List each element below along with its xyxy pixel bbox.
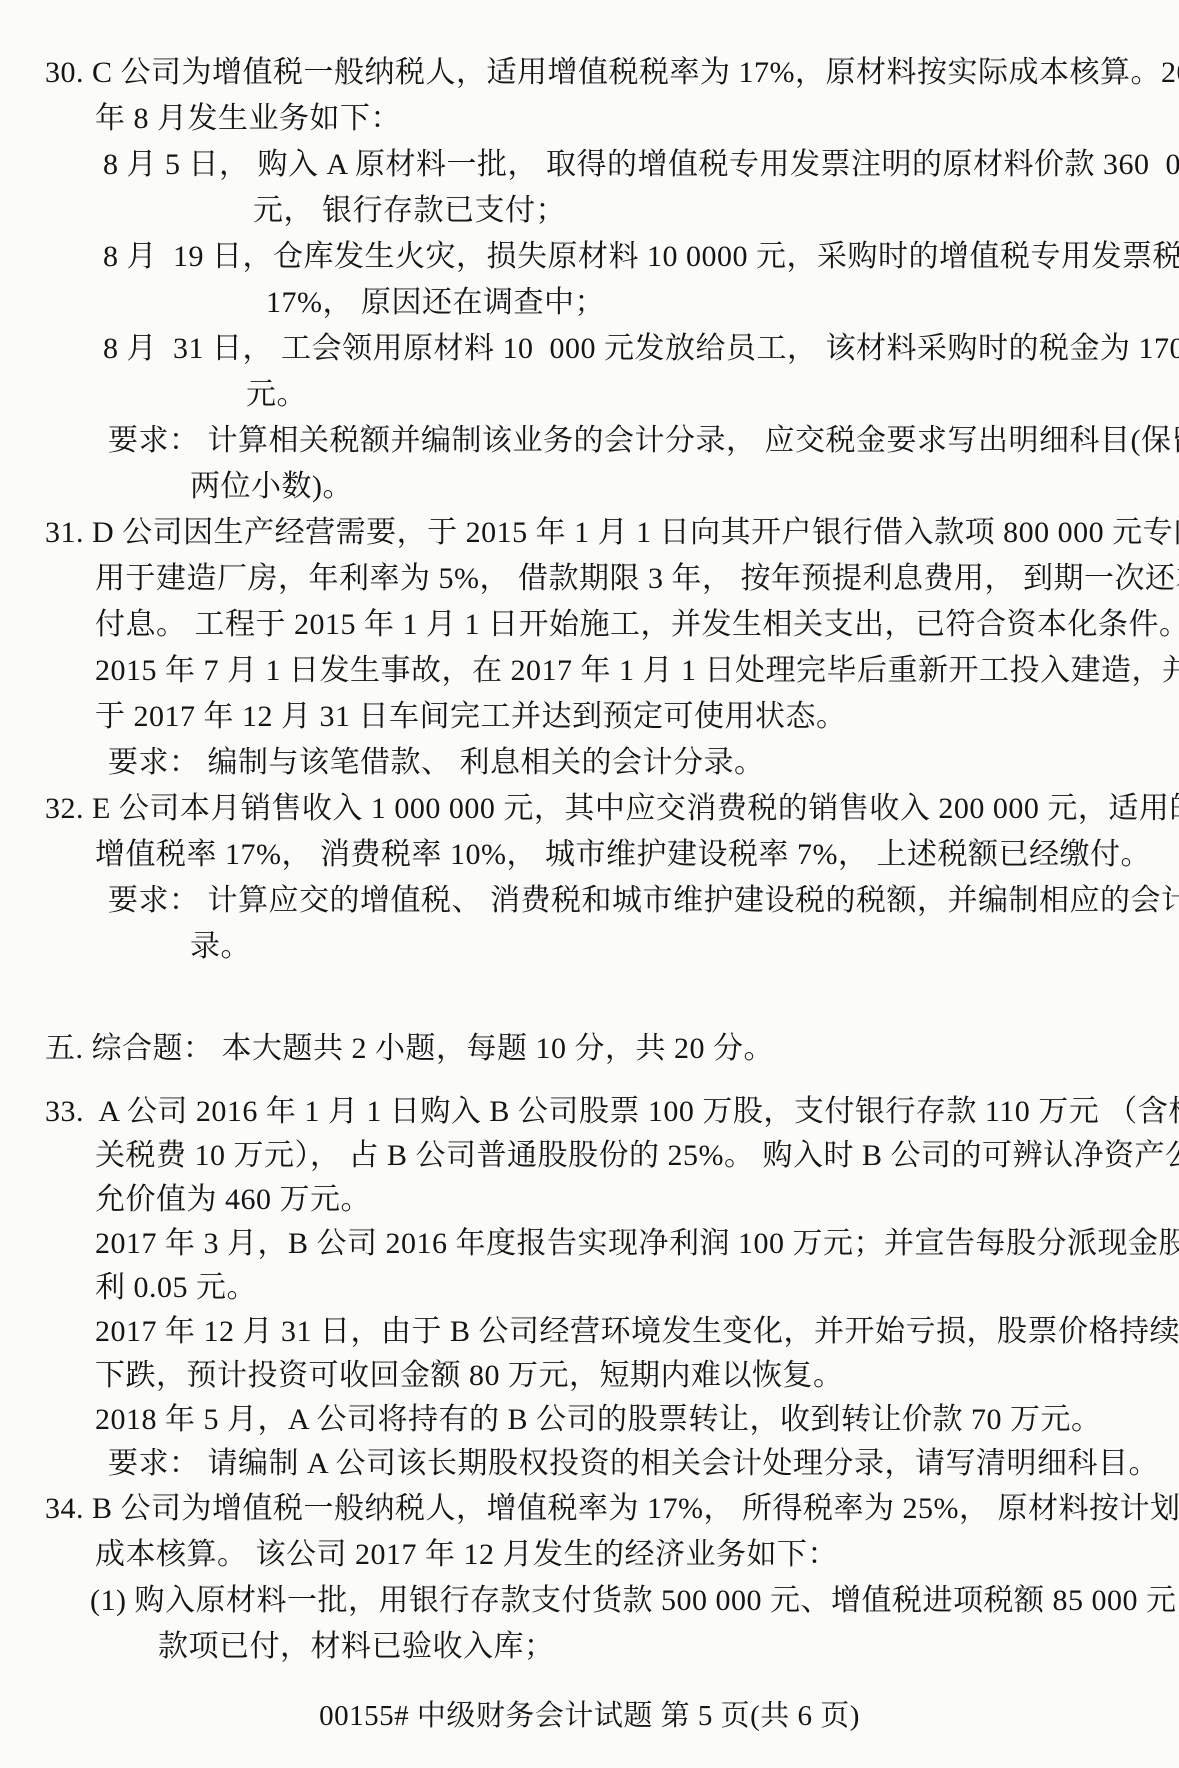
question-line: 于 2017 年 12 月 31 日车间完工并达到预定可使用状态。 xyxy=(0,694,1179,740)
question-line: 下跌，预计投资可收回金额 80 万元，短期内难以恢复。 xyxy=(0,1354,1179,1398)
question-line: 允价值为 460 万元。 xyxy=(0,1178,1179,1222)
question-requirement-line: 要求： 编制与该笔借款、 利息相关的会计分录。 xyxy=(0,740,1179,786)
question-line: 8 月 19 日，仓库发生火灾，损失原材料 10 0000 元，采购时的增值税专… xyxy=(0,234,1179,280)
question-line: 2018 年 5 月，A 公司将持有的 B 公司的股票转让，收到转让价款 70 … xyxy=(0,1398,1179,1442)
question-31: 31. D 公司因生产经营需要，于 2015 年 1 月 1 日向其开户银行借入… xyxy=(0,510,1179,786)
question-32: 32. E 公司本月销售收入 1 000 000 元，其中应交消费税的销售收入 … xyxy=(0,786,1179,970)
question-line: 17%， 原因还在调查中； xyxy=(0,280,1179,326)
question-30: 30. C 公司为增值税一般纳税人，适用增值税税率为 17%，原材料按实际成本核… xyxy=(0,50,1179,510)
question-subitem-line: (1) 购入原材料一批，用银行存款支付货款 500 000 元、增值税进项税额 … xyxy=(0,1578,1179,1624)
question-line: 2017 年 12 月 31 日，由于 B 公司经营环境发生变化，并开始亏损，股… xyxy=(0,1310,1179,1354)
question-subitem-line: 款项已付，材料已验收入库； xyxy=(0,1624,1179,1670)
question-line: 利 0.05 元。 xyxy=(0,1266,1179,1310)
question-line: 增值税率 17%， 消费税率 10%， 城市维护建设税率 7%， 上述税额已经缴… xyxy=(0,832,1179,878)
question-line: 32. E 公司本月销售收入 1 000 000 元，其中应交消费税的销售收入 … xyxy=(0,786,1179,832)
question-line: 31. D 公司因生产经营需要，于 2015 年 1 月 1 日向其开户银行借入… xyxy=(0,510,1179,556)
question-34: 34. B 公司为增值税一般纳税人，增值税率为 17%， 所得税率为 25%， … xyxy=(0,1486,1179,1670)
section-5-heading: 五. 综合题： 本大题共 2 小题，每题 10 分，共 20 分。 xyxy=(0,1026,1179,1072)
question-line: 8 月 31 日， 工会领用原材料 10 000 元发放给员工， 该材料采购时的… xyxy=(0,326,1179,372)
page-footer: 00155# 中级财务会计试题 第 5 页(共 6 页) xyxy=(0,1696,1179,1736)
question-line: 付息。 工程于 2015 年 1 月 1 日开始施工，并发生相关支出，已符合资本… xyxy=(0,602,1179,648)
question-line: 年 8 月发生业务如下： xyxy=(0,96,1179,142)
question-line: 34. B 公司为增值税一般纳税人，增值税率为 17%， 所得税率为 25%， … xyxy=(0,1486,1179,1532)
question-line: 33. A 公司 2016 年 1 月 1 日购入 B 公司股票 100 万股，… xyxy=(0,1090,1179,1134)
question-requirement-line: 要求： 计算应交的增值税、 消费税和城市维护建设税的税额，并编制相应的会计分 xyxy=(0,878,1179,924)
question-line: 关税费 10 万元）， 占 B 公司普通股股份的 25%。 购入时 B 公司的可… xyxy=(0,1134,1179,1178)
question-requirement-line: 两位小数)。 xyxy=(0,464,1179,510)
question-requirement-line: 要求： 计算相关税额并编制该业务的会计分录， 应交税金要求写出明细科目(保留 xyxy=(0,418,1179,464)
question-line: 元， 银行存款已支付； xyxy=(0,188,1179,234)
question-line: 8 月 5 日， 购入 A 原材料一批， 取得的增值税专用发票注明的原材料价款 … xyxy=(0,142,1179,188)
question-requirement-line: 录。 xyxy=(0,924,1179,970)
question-line: 30. C 公司为增值税一般纳税人，适用增值税税率为 17%，原材料按实际成本核… xyxy=(0,50,1179,96)
question-line: 用于建造厂房，年利率为 5%， 借款期限 3 年， 按年预提利息费用， 到期一次… xyxy=(0,556,1179,602)
question-33: 33. A 公司 2016 年 1 月 1 日购入 B 公司股票 100 万股，… xyxy=(0,1090,1179,1486)
question-line: 2017 年 3 月，B 公司 2016 年度报告实现净利润 100 万元；并宣… xyxy=(0,1222,1179,1266)
question-line: 元。 xyxy=(0,372,1179,418)
exam-paper-page: 30. C 公司为增值税一般纳税人，适用增值税税率为 17%，原材料按实际成本核… xyxy=(0,0,1179,1768)
question-line: 2015 年 7 月 1 日发生事故，在 2017 年 1 月 1 日处理完毕后… xyxy=(0,648,1179,694)
question-line: 成本核算。 该公司 2017 年 12 月发生的经济业务如下： xyxy=(0,1532,1179,1578)
exam-content: 30. C 公司为增值税一般纳税人，适用增值税税率为 17%，原材料按实际成本核… xyxy=(0,0,1179,1670)
question-requirement-line: 要求： 请编制 A 公司该长期股权投资的相关会计处理分录，请写清明细科目。 xyxy=(0,1442,1179,1486)
